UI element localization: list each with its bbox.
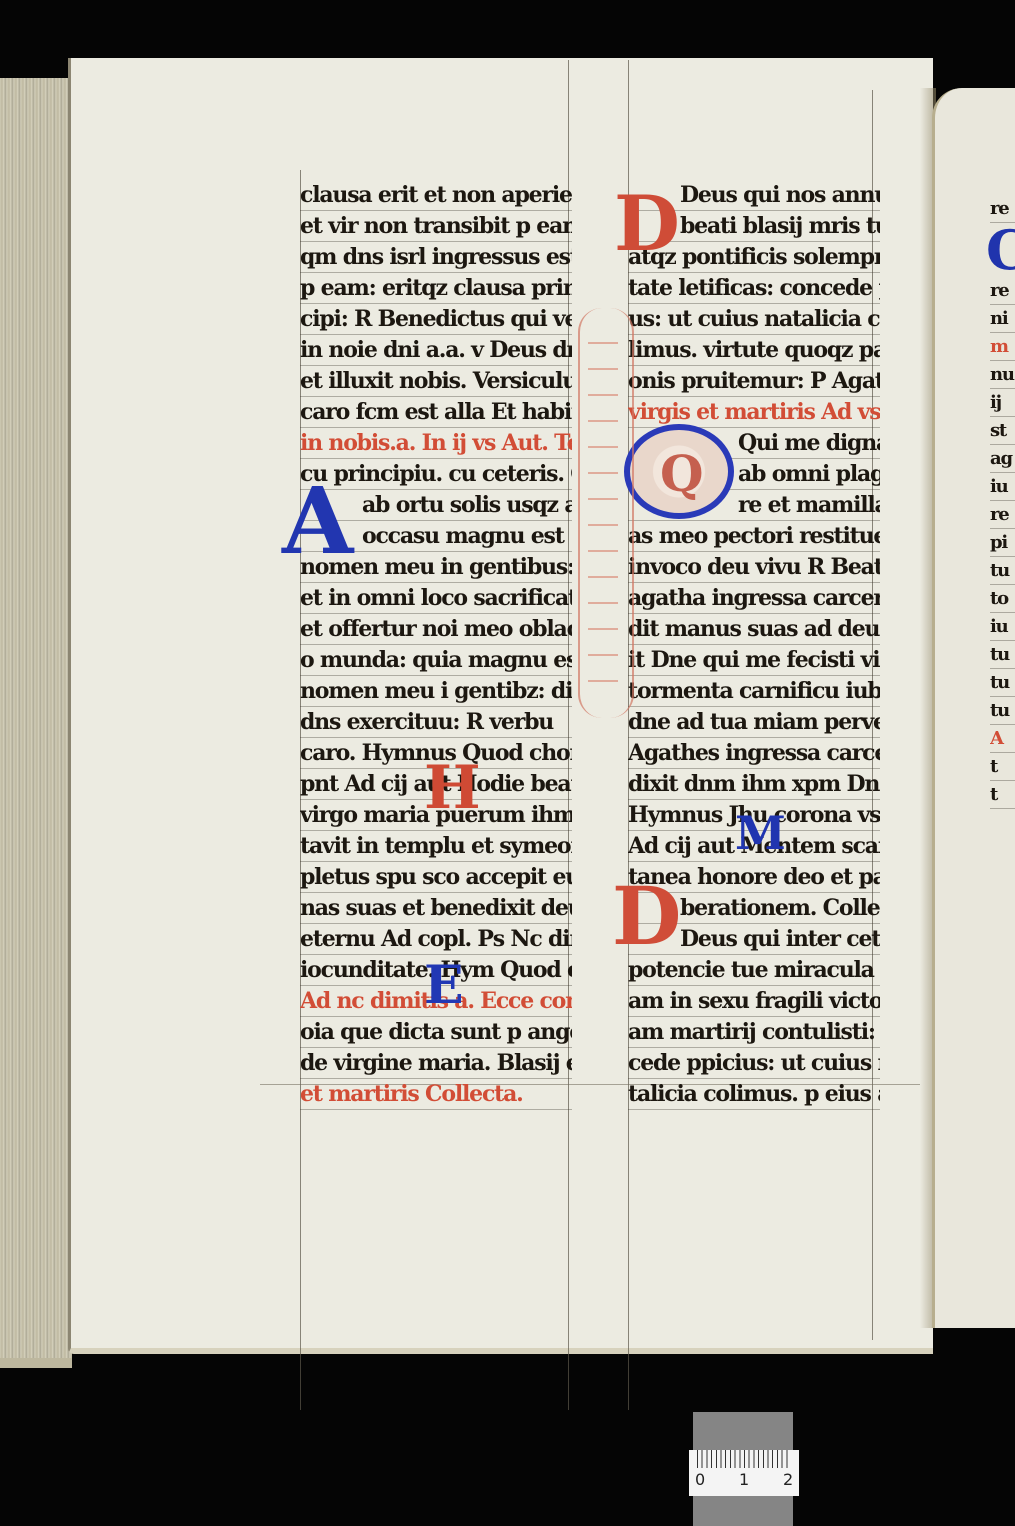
text-line: nas suas et benedixit deu in xyxy=(300,893,572,924)
rubric-line: et martiris Collecta. xyxy=(300,1079,572,1110)
initial-q-ornamented: Q xyxy=(624,424,734,519)
text-line: p eam: eritqz clausa prin xyxy=(300,273,572,304)
initial-q-letter: Q xyxy=(660,444,704,503)
facing-page-text: re re ni m nu ij st ag iu re pi tu to iu… xyxy=(990,195,1015,809)
text-line: clausa erit et non aperietur xyxy=(300,180,572,211)
text-line: qm dns isrl ingressus est xyxy=(300,242,572,273)
text-fragment: nu xyxy=(990,361,1015,389)
text-line: limus. virtute quoqz passi xyxy=(628,335,880,366)
text-line: dne ad tua miam pervenire v xyxy=(628,707,880,738)
penwork-flourish xyxy=(578,308,634,718)
scale-label: 1 xyxy=(739,1470,749,1489)
text-line: et illuxit nobis. Versiculus Vbu xyxy=(300,366,572,397)
text-line: as meo pectori restituere ipsu xyxy=(628,521,880,552)
initial-m-blue: M xyxy=(735,810,786,856)
text-line: am martirij contulisti: co xyxy=(628,1017,880,1048)
text-fragment: ni xyxy=(990,305,1015,333)
scale-bar-ruler: 0 1 2 xyxy=(689,1450,799,1496)
text-line: pletus spu sco accepit eu in ul xyxy=(300,862,572,893)
text-fragment: tu xyxy=(990,641,1015,669)
text-line: eternu Ad copl. Ps Nc dim As. Cu xyxy=(300,924,572,955)
text-line: dit manus suas ad deu et dix xyxy=(628,614,880,645)
text-line: onis pruitemur: P Agathe xyxy=(628,366,880,397)
text-fragment: tu xyxy=(990,669,1015,697)
text-line: et offertur noi meo oblaci xyxy=(300,614,572,645)
text-line: dixit dnm ihm xpm Dne q xyxy=(628,769,880,800)
text-fragment: re xyxy=(990,501,1015,529)
rubric-line: virgis et martiris Ad vs au. xyxy=(628,397,880,428)
text-line: us: ut cuius natalicia co xyxy=(628,304,880,335)
scale-label: 2 xyxy=(783,1470,793,1489)
text-line: cipi: R Benedictus qui venit xyxy=(300,304,572,335)
text-fragment: tu xyxy=(990,697,1015,725)
text-line: de virgine maria. Blasij epi xyxy=(300,1048,572,1079)
text-fragment: A xyxy=(990,725,1015,753)
text-line: in noie dni a.a. v Deus dns xyxy=(300,335,572,366)
rubric-line: in nobis.a. In ij vs Aut. Te xyxy=(300,428,572,459)
text-line: cede ppicius: ut cuius na xyxy=(628,1048,880,1079)
text-line: it Dne qui me fecisti vincere xyxy=(628,645,880,676)
text-fragment: ag xyxy=(990,445,1015,473)
text-line: am in sexu fragili victori xyxy=(628,986,880,1017)
text-line: talicia colimus. p eius ad xyxy=(628,1079,880,1110)
text-line: tormenta carnificu iube me xyxy=(628,676,880,707)
initial-d-red: D xyxy=(614,186,680,262)
text-line: et vir non transibit p eam: xyxy=(300,211,572,242)
initial-e-blue: E xyxy=(424,960,464,1012)
text-line: Agathes ingressa carcere bene xyxy=(628,738,880,769)
text-line: nomen meu i gentibz: dicit xyxy=(300,676,572,707)
text-fragment: tu xyxy=(990,557,1015,585)
text-line: tavit in templu et symeon re xyxy=(300,831,572,862)
text-fragment: iu xyxy=(990,473,1015,501)
text-column-right: Deus qui nos annua beati blasij mris tui… xyxy=(628,180,880,1110)
text-fragment: to xyxy=(990,585,1015,613)
scale-bar: 0 1 2 xyxy=(689,1412,799,1526)
scale-bar-ticks xyxy=(697,1450,791,1468)
text-fragment: t xyxy=(990,753,1015,781)
text-fragment: re xyxy=(990,277,1015,305)
text-fragment: ij xyxy=(990,389,1015,417)
text-fragment: re xyxy=(990,195,1015,223)
text-line: oia que dicta sunt p angelu xyxy=(300,1017,572,1048)
text-line: agatha ingressa carcere expa xyxy=(628,583,880,614)
scale-label: 0 xyxy=(695,1470,705,1489)
page-edges xyxy=(0,78,72,1368)
text-fragment: t xyxy=(990,781,1015,809)
text-fragment: iu xyxy=(990,613,1015,641)
initial-h-red: H xyxy=(424,758,481,818)
text-fragment: st xyxy=(990,417,1015,445)
text-line: tate letificas: concede ppicius xyxy=(628,273,880,304)
text-line: caro fcm est alla Et habitavit xyxy=(300,397,572,428)
initial-a-blue: A xyxy=(282,476,353,566)
text-line: dns exercituu: R verbu xyxy=(300,707,572,738)
initial-d-red: D xyxy=(612,876,681,956)
text-line: o munda: quia magnu est xyxy=(300,645,572,676)
text-line: et in omni loco sacrificatur xyxy=(300,583,572,614)
text-fragment: m xyxy=(990,333,1015,361)
text-fragment: pi xyxy=(990,529,1015,557)
text-line: invoco deu vivu R Beata xyxy=(628,552,880,583)
